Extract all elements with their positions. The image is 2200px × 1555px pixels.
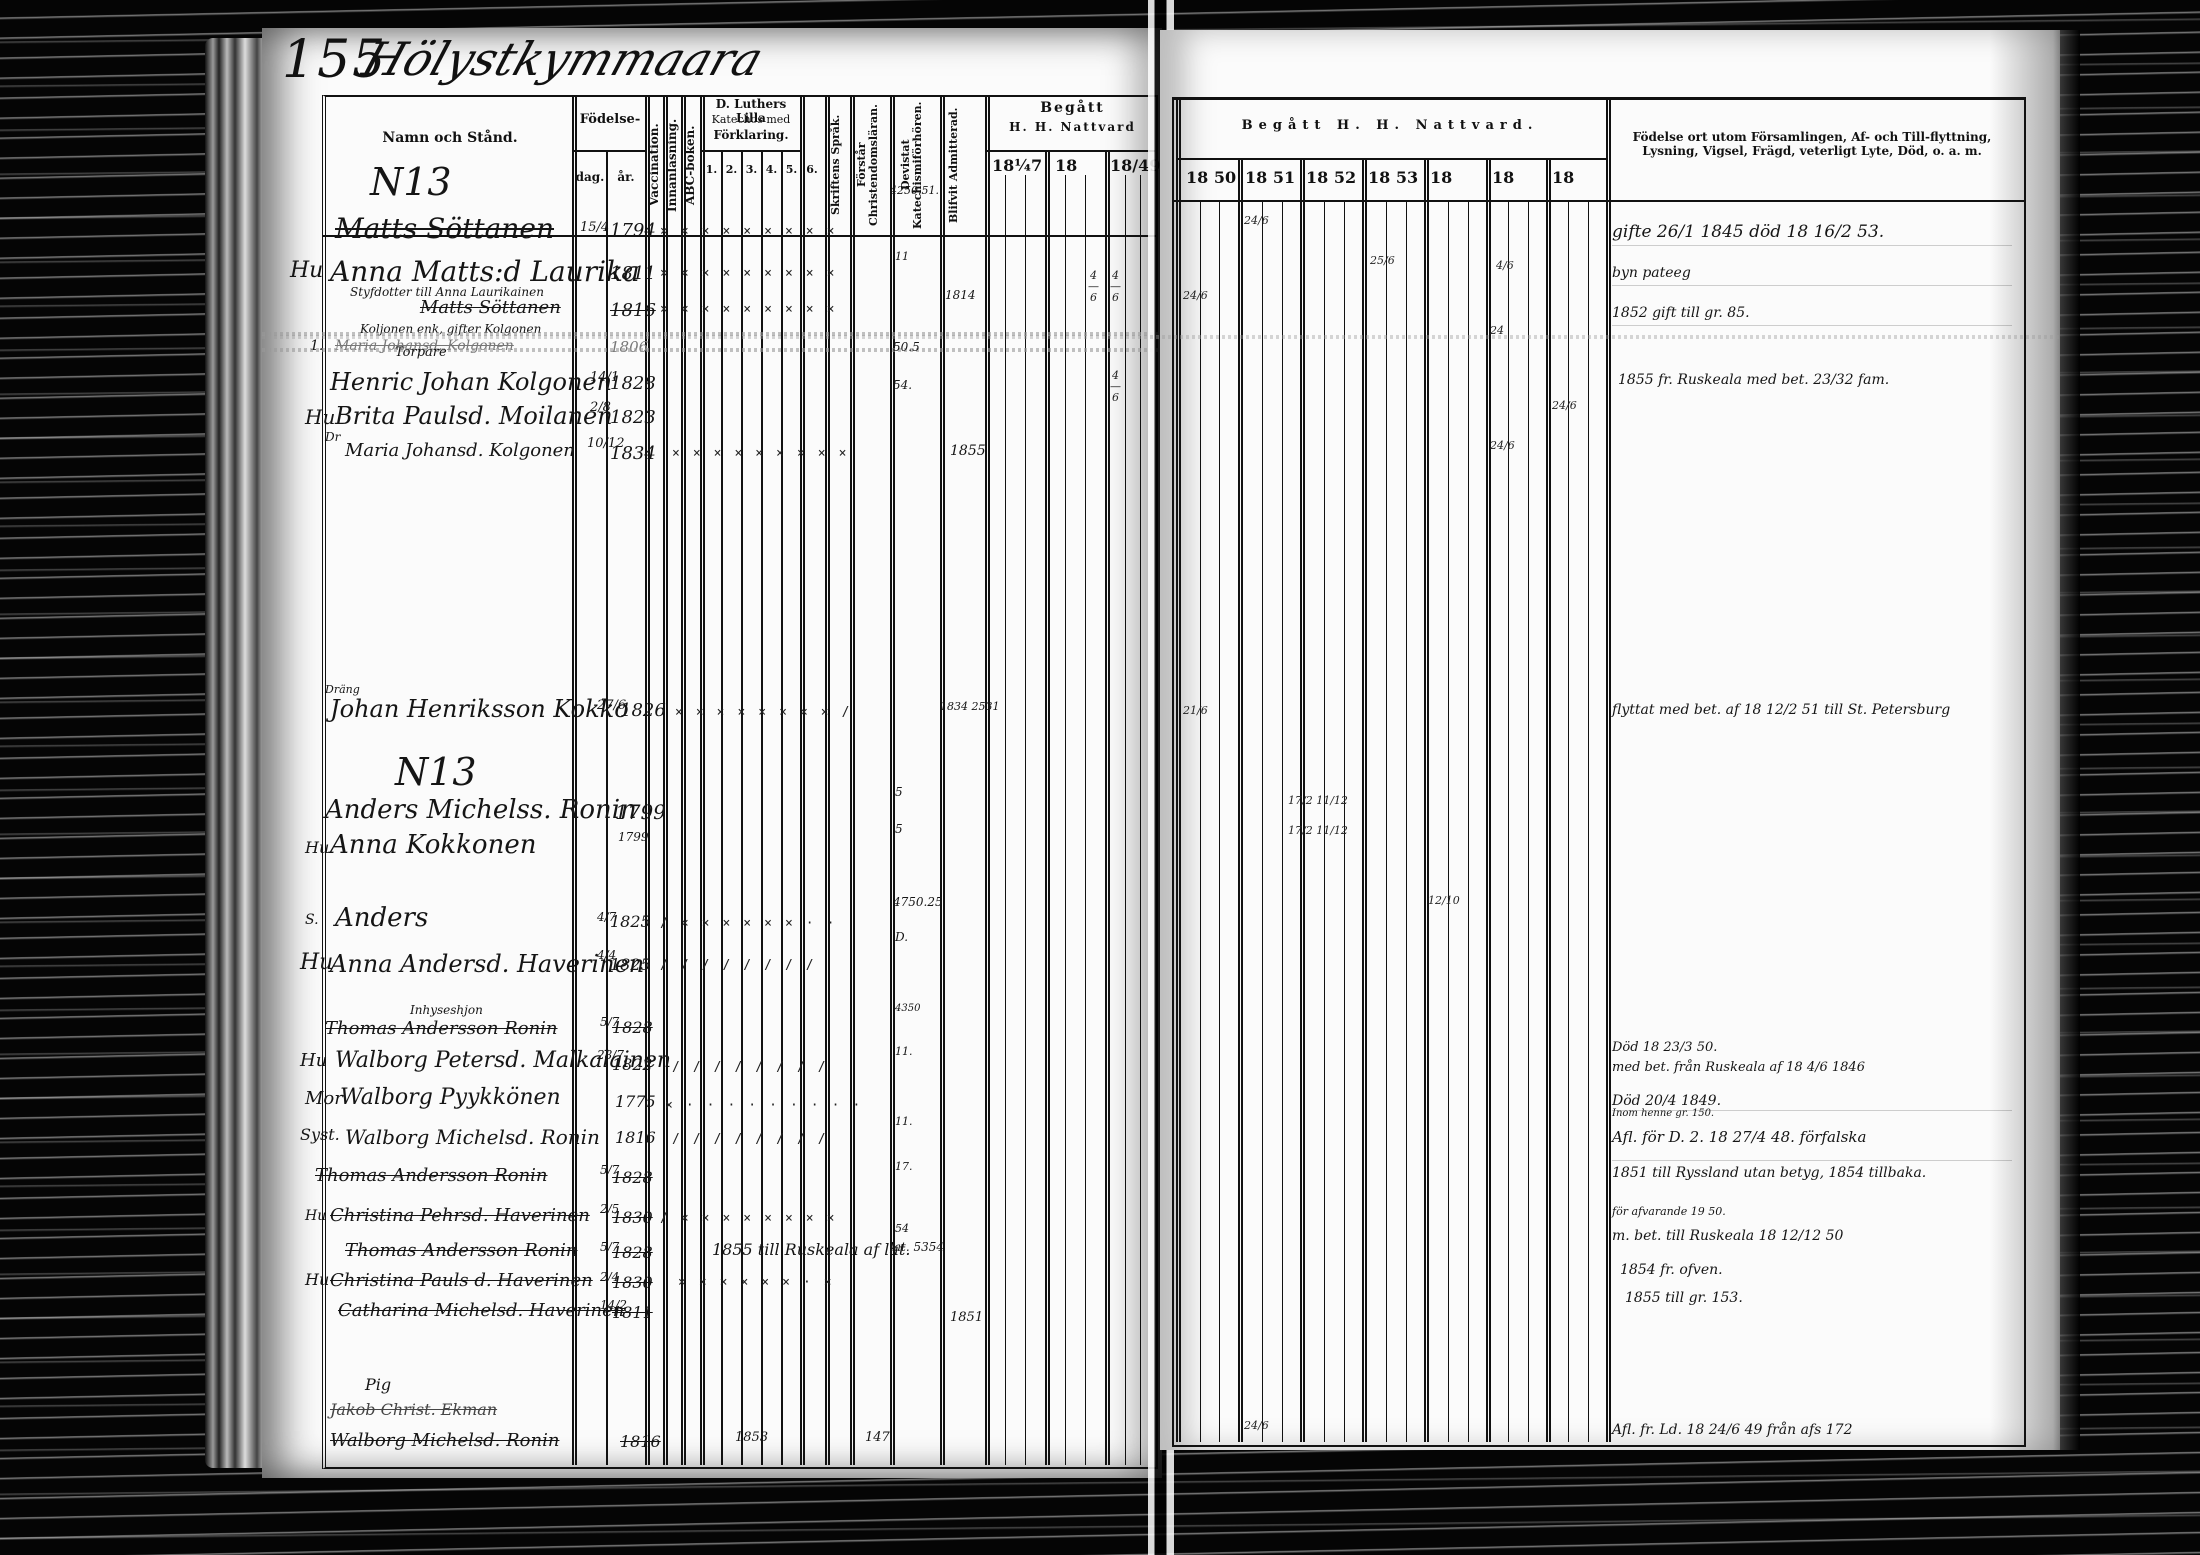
- remark-text: byn pateeg: [1612, 265, 1691, 281]
- col-divider: [850, 95, 855, 1465]
- reading-marks: /××××××××: [660, 1211, 847, 1226]
- ruled-line: [1612, 325, 2012, 326]
- ruled-line: [1612, 1160, 2012, 1161]
- entry-name: Christina Pauls d. Haverinen: [330, 1270, 593, 1291]
- entry-year: 1806: [610, 338, 648, 356]
- reading-marks: ×××××××××: [660, 266, 847, 281]
- remark-text: för afvarande 19 50.: [1612, 1205, 1726, 1218]
- ruled-line: [1612, 245, 2012, 246]
- entry-year: 1811: [612, 1303, 653, 1322]
- luther-part-1: 1.: [702, 163, 721, 176]
- reading-marks: ××××××·×: [678, 1275, 845, 1290]
- entry-year: 1822: [612, 1055, 653, 1074]
- admitted-value: 1851: [950, 1310, 983, 1325]
- entry-name: Maria Johansd. Kolgonen: [345, 440, 575, 461]
- col-divider: [1448, 200, 1449, 1442]
- entry-year: 1828: [610, 373, 656, 394]
- remarks-header: Födelse ort utom Församlingen, Af- och T…: [1612, 130, 2012, 159]
- remark-text: med bet. från Ruskeala af 18 4/6 1846: [1612, 1060, 1865, 1075]
- communion-mark: 24/6: [1183, 290, 1208, 301]
- entry-note-above: Inhyseshjon: [410, 1003, 483, 1017]
- entry-name: Anders Michelss. Ronin: [325, 795, 637, 825]
- entry-year: 1811: [610, 263, 656, 284]
- admitted-value: 1834 2531: [940, 700, 1000, 713]
- entry-name: Walborg Michelsd. Ronin: [330, 1430, 559, 1451]
- entry-prefix: Dr: [325, 430, 340, 444]
- bottom-value: 1853: [735, 1430, 768, 1445]
- remark-text: flyttat med bet. af 18 12/2 51 till St. …: [1612, 702, 1950, 718]
- luther-part-3: 3.: [742, 163, 761, 176]
- remark-text: 1852 gift till gr. 85.: [1612, 305, 1750, 321]
- communion-year-1: 18¼7: [992, 156, 1042, 175]
- col-divider: [1065, 175, 1066, 1465]
- communion-mark: 24/6: [1490, 440, 1515, 451]
- col-divider: [1362, 158, 1367, 1442]
- ruled-line: [1612, 285, 2012, 286]
- christian-header: Förstår Christendomsläran.: [856, 100, 886, 230]
- entry-prefix: Hu: [305, 838, 329, 857]
- household-number: N13: [370, 160, 452, 204]
- luther-part-5: 5.: [782, 163, 801, 176]
- col-divider: [1262, 200, 1263, 1442]
- col-divider: [1200, 200, 1201, 1442]
- col-divider: [1085, 175, 1086, 1465]
- communion-mark: 4—6: [1110, 270, 1121, 303]
- reading-marks: ××××××××/: [675, 705, 862, 720]
- entry-name: Anna Kokkonen: [330, 830, 536, 860]
- col-divider: [1219, 200, 1220, 1442]
- communion-mark: 21/6: [1183, 705, 1208, 716]
- entry-name: Catharina Michelsd. Haverinen: [338, 1300, 624, 1321]
- catechism-value: D.: [895, 930, 908, 944]
- entry-name: Pig: [365, 1375, 391, 1394]
- remark-text: Afl. fr. Ld. 18 24/6 49 från afs 172: [1612, 1422, 1853, 1438]
- remarks-divider: [1606, 97, 1611, 1442]
- reading-marks: ×××××××××: [660, 224, 847, 239]
- catechism-value: 5: [895, 822, 903, 836]
- col-divider: [1424, 158, 1429, 1442]
- col-divider: [1568, 200, 1569, 1442]
- entry-year: 1828: [612, 1018, 653, 1037]
- entry-year: 1816: [610, 300, 656, 321]
- catechism-value: 11.: [895, 1045, 913, 1058]
- reading-marks: ×·········: [665, 1098, 873, 1113]
- entry-prefix: Hu: [300, 1050, 327, 1071]
- col-divider: [663, 95, 668, 1465]
- communion-mark: 4—6: [1110, 370, 1121, 403]
- col-divider: [1386, 200, 1387, 1442]
- birth-year-header: år.: [608, 170, 644, 184]
- remark-text: 1855 till gr. 153.: [1625, 1290, 1743, 1306]
- entry-name: Matts Söttanen: [420, 297, 561, 318]
- entry-name: Jakob Christ. Ekman: [330, 1400, 497, 1419]
- entry-name: Christina Pehrsd. Haverinen: [330, 1205, 590, 1226]
- entry-day: 2/8: [590, 400, 611, 415]
- entry-year: 1825: [610, 912, 651, 931]
- communion-year-2: 18: [1055, 156, 1077, 175]
- col-divider: [1546, 158, 1551, 1442]
- luther-sub1: Katechos med: [702, 113, 800, 126]
- entry-name: Brita Paulsd. Moilanen: [335, 402, 613, 430]
- entry-name: Thomas Andersson Ronin: [315, 1165, 548, 1186]
- entry-year: 1834: [610, 443, 656, 464]
- communion-mark: 4—6: [1088, 270, 1099, 303]
- communion-mark: 12/10: [1428, 895, 1460, 906]
- remark-text: Inom henne gr. 150.: [1612, 1108, 1714, 1119]
- luther-part-2: 2.: [722, 163, 741, 176]
- col-divider: [800, 95, 805, 1465]
- communion-title-left: Begått: [990, 100, 1155, 117]
- catechism-value: 4750.25: [893, 895, 943, 909]
- entry-prefix: Hu: [305, 1270, 329, 1289]
- communion-year-1852: 18 52: [1306, 168, 1356, 187]
- col-divider: [681, 95, 686, 1465]
- entry-year: 1828: [612, 1243, 653, 1262]
- catechism-value: 4250.51.: [890, 184, 939, 197]
- entry-name: Walborg Michelsd. Ronin: [345, 1125, 600, 1149]
- remark-text: gifte 26/1 1845 död 18 16/2 53.: [1612, 222, 1884, 242]
- entry-year: 1826: [620, 700, 666, 721]
- entry-name: Anders: [335, 903, 428, 933]
- inline-note: 1855 till Ruskeala af lat.: [712, 1240, 910, 1259]
- entry-year: 1830: [612, 1273, 653, 1292]
- admitted-value: 1855: [950, 443, 986, 459]
- entry-year: 1794: [610, 220, 656, 241]
- communion-mark: 17/2 11/12: [1288, 795, 1348, 806]
- catechism-value: 54: [895, 1222, 909, 1235]
- entry-year: 1799: [618, 830, 649, 844]
- entry-note-above: Torpare: [395, 345, 447, 360]
- col-divider: [985, 95, 990, 1465]
- communion-mark: 24/6: [1244, 215, 1269, 226]
- communion-mark: 17/2 11/12: [1288, 825, 1348, 836]
- admitted-value: 1814: [945, 288, 976, 302]
- entry-prefix: Hu: [305, 405, 335, 429]
- reading-marks: /××××××··: [660, 916, 847, 931]
- col-divider: [1508, 200, 1509, 1442]
- col-divider: [1588, 200, 1589, 1442]
- village-title: Hölystkymmaara: [356, 32, 770, 86]
- col-divider: [1238, 158, 1243, 1442]
- col-divider: [1176, 97, 1181, 1442]
- luther-subheader-line: [702, 150, 800, 152]
- catechism-value: 11.: [895, 1115, 913, 1128]
- entry-prefix: Hu: [305, 1208, 326, 1224]
- communion-title-left-2: H. H. Nattvard: [990, 120, 1155, 134]
- entry-prefix: Hu: [290, 258, 323, 283]
- reading-marks: ////////: [660, 958, 827, 973]
- entry-year: 1775: [615, 1092, 656, 1111]
- col-divider: [1025, 175, 1026, 1465]
- remark-text: 1855 fr. Ruskeala med bet. 23/32 fam.: [1618, 372, 1889, 388]
- luther-part-6: 6.: [802, 163, 822, 176]
- entry-prefix: S.: [305, 912, 319, 928]
- communion-year-blank-2: 18: [1492, 168, 1514, 187]
- birth-subheader-line: [574, 150, 646, 152]
- entry-name: Matts Söttanen: [335, 212, 554, 245]
- remark-text: Afl. för D. 2. 18 27/4 48. förfalska: [1612, 1128, 1866, 1146]
- communion-subheader-line: [985, 150, 1155, 152]
- col-divider: [1324, 200, 1325, 1442]
- communion-year-1853: 18 53: [1368, 168, 1418, 187]
- entry-prefix: Hu: [300, 950, 333, 975]
- entry-name: Johan Henriksson Kokko: [330, 695, 629, 723]
- entry-name: Walborg Pyykkönen: [340, 1085, 561, 1110]
- entry-prefix: Mor: [305, 1088, 343, 1109]
- entry-name: Thomas Andersson Ronin: [345, 1240, 578, 1261]
- communion-year-blank-1: 18: [1430, 168, 1452, 187]
- entry-name: Henric Johan Kolgonen: [330, 368, 612, 396]
- catechism-value: 54.: [893, 378, 912, 392]
- remark-text: Död 20/4 1849.: [1612, 1093, 1721, 1109]
- communion-year-blank-3: 18: [1552, 168, 1574, 187]
- bottom-value: 147: [865, 1430, 890, 1445]
- household-number-2: N13: [395, 750, 477, 794]
- admitted-header: Blifvit Admitterad.: [948, 100, 978, 230]
- col-divider: [1282, 200, 1283, 1442]
- page-tear-line: [262, 335, 2062, 339]
- reading-marks: ////////: [672, 1132, 839, 1147]
- reading-header: Innanläsning.: [666, 100, 679, 230]
- entry-year: 1825: [610, 955, 651, 974]
- communion-mark: 4/6: [1496, 260, 1514, 271]
- catechism-value: lat. 5354: [890, 1240, 944, 1254]
- col-divider: [1528, 200, 1529, 1442]
- catechism-value: 4350: [895, 1003, 920, 1014]
- abc-header: ABC-boken.: [684, 100, 697, 230]
- col-divider: [1344, 200, 1345, 1442]
- catechism-value: 17.: [895, 1160, 913, 1173]
- col-divider: [1468, 200, 1469, 1442]
- entry-year: 1799: [615, 800, 666, 824]
- luther-sub2: Förklaring.: [702, 128, 800, 142]
- reading-marks: ×××××××××: [672, 446, 859, 461]
- col-divider: [1140, 175, 1141, 1465]
- communion-mark: 24/6: [1244, 1420, 1269, 1431]
- catechism-value: 5: [895, 785, 903, 799]
- entry-year: 1816: [615, 1128, 656, 1147]
- col-divider: [1406, 200, 1407, 1442]
- col-divider: [1486, 158, 1491, 1442]
- birth-day-header: dag.: [574, 170, 606, 184]
- birth-header: Födelse-: [574, 112, 646, 128]
- entry-name: Thomas Andersson Ronin: [325, 1018, 558, 1039]
- col-divider: [1005, 175, 1006, 1465]
- col-divider: [890, 95, 895, 1465]
- name-col-header: Namn och Stånd.: [330, 130, 570, 147]
- reading-marks: ×××××××××: [660, 302, 847, 317]
- remark-text: 1851 till Ryssland utan betyg, 1854 till…: [1612, 1165, 1926, 1181]
- entry-day: 15/4: [580, 220, 609, 235]
- communion-year-1850: 18 50: [1186, 168, 1236, 187]
- col-divider: [825, 95, 830, 1465]
- entry-year: 1816: [620, 1432, 661, 1451]
- communion-mark: 25/6: [1370, 255, 1395, 266]
- vaccination-header: Vaccination.: [648, 100, 661, 230]
- col-divider: [1125, 175, 1126, 1465]
- entry-year: 1823: [610, 407, 656, 428]
- entry-name: Anna Matts:d Laurika: [330, 255, 640, 288]
- remark-text: 1854 fr. ofven.: [1620, 1262, 1723, 1278]
- communion-title-right: Begått H. H. Nattvard.: [1180, 118, 1600, 134]
- catechism-header: Devistat Katechismiförhören.: [900, 100, 932, 230]
- catechism-value: 50.5: [893, 340, 920, 354]
- entry-year: 1828: [612, 1168, 653, 1187]
- reading-marks: ////////: [672, 1060, 839, 1075]
- entry-prefix: Syst.: [300, 1125, 340, 1144]
- communion-mark: 24/6: [1552, 400, 1577, 411]
- col-divider: [700, 95, 705, 1465]
- entry-year: 1830: [612, 1208, 653, 1227]
- communion-year-1851: 18 51: [1245, 168, 1295, 187]
- remark-text: m. bet. till Ruskeala 18 12/12 50: [1612, 1228, 1843, 1244]
- scripture-header: Skriftens Språk.: [830, 100, 842, 230]
- luther-part-4: 4.: [762, 163, 781, 176]
- catechism-value: 11: [895, 250, 909, 263]
- remark-text: Död 18 23/3 50.: [1612, 1040, 1717, 1055]
